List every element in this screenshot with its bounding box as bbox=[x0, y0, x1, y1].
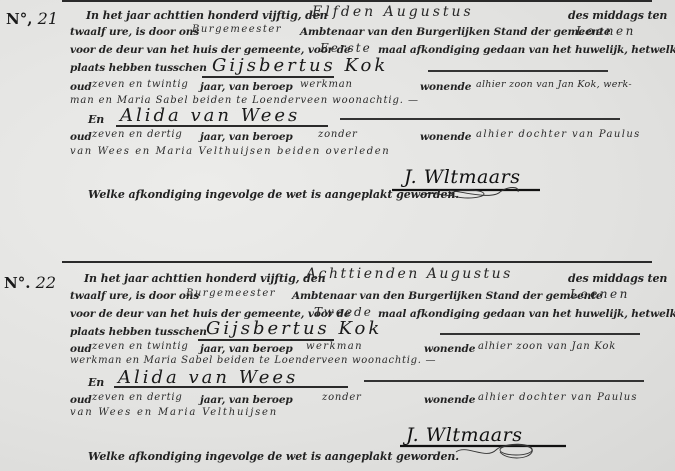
groom-underline bbox=[202, 76, 334, 78]
groom-name: Gijsbertus Kok bbox=[206, 318, 382, 339]
groom-line-fill bbox=[440, 333, 640, 335]
bride-name: Alida van Wees bbox=[118, 367, 298, 388]
bride-residence-label: wonende bbox=[424, 394, 475, 406]
time-text: des middags ten bbox=[568, 272, 667, 285]
line2-text-a: twaalf ure, is door ons bbox=[70, 290, 199, 302]
municipality-handwritten: Loenen bbox=[570, 287, 630, 301]
groom-residence-label: wonende bbox=[424, 343, 475, 355]
line2-text-b: Ambtenaar van den Burgerlijken Stand der… bbox=[292, 290, 603, 302]
groom-residence-handwritten: alhier zoon van Jan Kok, werk- bbox=[476, 79, 632, 90]
line4-text: plaats hebben tusschen bbox=[70, 326, 207, 338]
ordinal-handwritten: Tweede bbox=[314, 305, 373, 319]
bride-prefix: En bbox=[88, 113, 104, 126]
bride-name: Alida van Wees bbox=[120, 105, 300, 126]
groom-age-handwritten: zeven en twintig bbox=[92, 79, 189, 90]
groom-parents-handwritten: werkman en Maria Sabel beiden te Loender… bbox=[70, 355, 436, 366]
groom-name: Gijsbertus Kok bbox=[212, 55, 388, 76]
separator-rule bbox=[340, 118, 620, 120]
intro-text: In het jaar achttien honderd vijftig, de… bbox=[84, 272, 326, 285]
groom-age-handwritten: zeven en twintig bbox=[92, 341, 189, 352]
official-handwritten: Burgemeester bbox=[186, 288, 276, 299]
entry-number: N°. 22 bbox=[4, 273, 56, 292]
line3-text-b: maal afkondiging gedaan van het huwelijk… bbox=[378, 308, 675, 320]
groom-occupation-handwritten: werkman bbox=[300, 79, 353, 90]
closing-statement: Welke afkondiging ingevolge de wet is aa… bbox=[88, 450, 459, 463]
groom-occupation-label: jaar, van beroep bbox=[200, 81, 293, 93]
groom-occupation-label: jaar, van beroep bbox=[200, 343, 293, 355]
bride-parents-handwritten: van Wees en Maria Velthuijsen beiden ove… bbox=[70, 146, 390, 157]
bride-underline bbox=[116, 125, 328, 127]
bride-occupation-handwritten: zonder bbox=[322, 392, 362, 403]
number-value: 21 bbox=[38, 9, 58, 28]
time-text: des middags ten bbox=[568, 9, 667, 22]
bride-underline bbox=[114, 386, 348, 388]
bride-occupation-label: jaar, van beroep bbox=[200, 131, 293, 143]
line4-text: plaats hebben tusschen bbox=[70, 62, 207, 74]
bride-age-label: oud bbox=[70, 131, 92, 143]
groom-occupation-handwritten: werkman bbox=[306, 341, 363, 352]
bride-residence-label: wonende bbox=[420, 131, 471, 143]
number-prefix: N°. bbox=[4, 274, 30, 292]
top-rule bbox=[62, 0, 652, 2]
bride-residence-handwritten: alhier dochter van Paulus bbox=[476, 129, 641, 140]
official-handwritten: Burgemeester bbox=[192, 24, 282, 35]
date-handwritten: Elfden Augustus bbox=[312, 4, 474, 20]
bride-age-label: oud bbox=[70, 394, 92, 406]
separator-rule bbox=[364, 380, 644, 382]
groom-age-label: oud bbox=[70, 343, 92, 355]
ordinal-handwritten: Eerste bbox=[320, 41, 372, 55]
number-value: 22 bbox=[36, 273, 56, 292]
intro-text: In het jaar achttien honderd vijftig, de… bbox=[86, 9, 328, 22]
number-prefix: N°, bbox=[6, 10, 32, 28]
date-handwritten: Achttienden Augustus bbox=[306, 266, 513, 282]
groom-residence-handwritten: alhier zoon van Jan Kok bbox=[478, 341, 616, 352]
bride-prefix: En bbox=[88, 376, 104, 389]
bride-parents-handwritten: van Wees en Maria Velthuijsen bbox=[70, 407, 278, 418]
bride-age-handwritten: zeven en dertig bbox=[92, 129, 183, 140]
line2-text-a: twaalf ure, is door ons bbox=[70, 26, 199, 38]
line3-text-b: maal afkondiging gedaan van het huwelijk… bbox=[378, 44, 675, 56]
bride-occupation-label: jaar, van beroep bbox=[200, 394, 293, 406]
bride-residence-handwritten: alhier dochter van Paulus bbox=[478, 392, 638, 403]
line2-text-b: Ambtenaar van den Burgerlijken Stand der… bbox=[300, 26, 611, 38]
municipality-handwritten: Loenen bbox=[576, 24, 636, 38]
bride-age-handwritten: zeven en dertig bbox=[92, 392, 183, 403]
groom-age-label: oud bbox=[70, 81, 92, 93]
entry-divider bbox=[62, 261, 652, 263]
closing-statement: Welke afkondiging ingevolge de wet is aa… bbox=[88, 188, 459, 201]
groom-residence-label: wonende bbox=[420, 81, 471, 93]
bride-occupation-handwritten: zonder bbox=[318, 129, 358, 140]
entry-number: N°, 21 bbox=[6, 9, 58, 28]
groom-line-fill bbox=[428, 70, 608, 72]
